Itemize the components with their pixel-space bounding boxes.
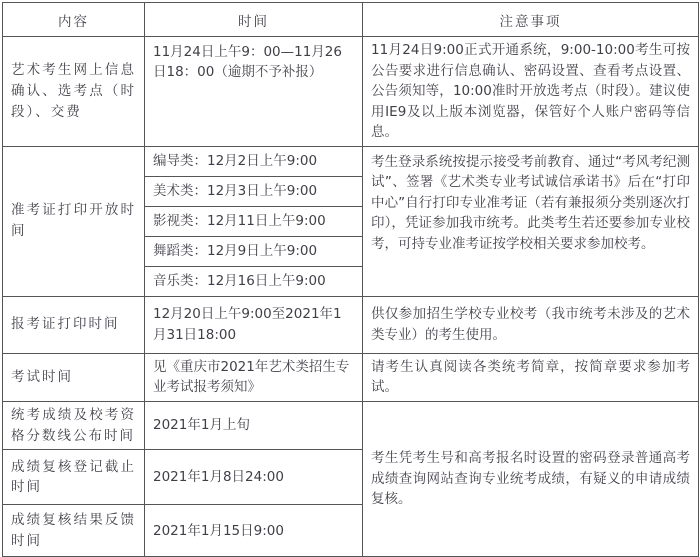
row2-time-wudao: 舞蹈类：12月9日上午9:00 (145, 236, 363, 266)
header-notes: 注意事项 (363, 3, 699, 37)
row2-time-yinyue: 音乐类：12月16日上午9:00 (145, 266, 363, 296)
row4-content: 考试时间 (3, 353, 145, 401)
document-page: 内容 时间 注意事项 艺术考生网上信息确认、选考点（时段）、交费 11月24日上… (0, 0, 700, 532)
row1-note: 11月24日9:00正式开通系统，9:00-10:00考生可按公告要求进行信息确… (363, 37, 699, 147)
row3-content: 报考证打印时间 (3, 296, 145, 353)
row7-time: 2021年1月15日9:00 (145, 505, 363, 557)
table-row: 考试时间 见《重庆市2021年艺术类招生专业考试报考须知》 请考生认真阅读各类统… (3, 353, 699, 401)
row3-time: 12月20日上午9:00至2021年1月31日18:00 (145, 296, 363, 353)
table-row: 统考成绩及校考资格分数线公布时间 2021年1月上旬 考生凭考生号和高考报名时设… (3, 401, 699, 450)
row2-time-yingshi: 影视类：12月11日上午9:00 (145, 206, 363, 236)
row2-note: 考生登录系统按提示接受考前教育、通过“考风考纪测试”、签署《艺术类专业考试诚信承… (363, 146, 699, 296)
header-time: 时间 (145, 3, 363, 37)
table-row: 报考证打印时间 12月20日上午9:00至2021年1月31日18:00 供仅参… (3, 296, 699, 353)
row5-note: 考生凭考生号和高考报名时设置的密码登录普通高考成绩查询网站查询专业统考成绩，有疑… (363, 401, 699, 557)
row6-time: 2021年1月8日24:00 (145, 450, 363, 505)
row4-note: 请考生认真阅读各类统考简章，按简章要求参加考试。 (363, 353, 699, 401)
row1-time: 11月24日上午9：00—11月26日18：00（逾期不予补报） (145, 37, 363, 147)
row5-time: 2021年1月上旬 (145, 401, 363, 450)
table-row: 艺术考生网上信息确认、选考点（时段）、交费 11月24日上午9：00—11月26… (3, 37, 699, 147)
row1-content: 艺术考生网上信息确认、选考点（时段）、交费 (3, 37, 145, 147)
row3-note: 供仅参加招生学校专业校考（我市统考未涉及的艺术类专业）的考生使用。 (363, 296, 699, 353)
table-header-row: 内容 时间 注意事项 (3, 3, 699, 37)
row2-time-biandao: 编导类：12月2日上午9:00 (145, 146, 363, 176)
row2-content: 准考证打印开放时间 (3, 146, 145, 296)
table-row: 准考证打印开放时间 编导类：12月2日上午9:00 考生登录系统按提示接受考前教… (3, 146, 699, 176)
row4-time: 见《重庆市2021年艺术类招生专业考试报考须知》 (145, 353, 363, 401)
row6-content: 成绩复核登记截止时间 (3, 450, 145, 505)
row5-content: 统考成绩及校考资格分数线公布时间 (3, 401, 145, 450)
row2-time-meishu: 美术类：12月3日上午9:00 (145, 176, 363, 206)
row7-content: 成绩复核结果反馈时间 (3, 505, 145, 557)
header-content: 内容 (3, 3, 145, 37)
exam-schedule-table: 内容 时间 注意事项 艺术考生网上信息确认、选考点（时段）、交费 11月24日上… (2, 2, 699, 557)
